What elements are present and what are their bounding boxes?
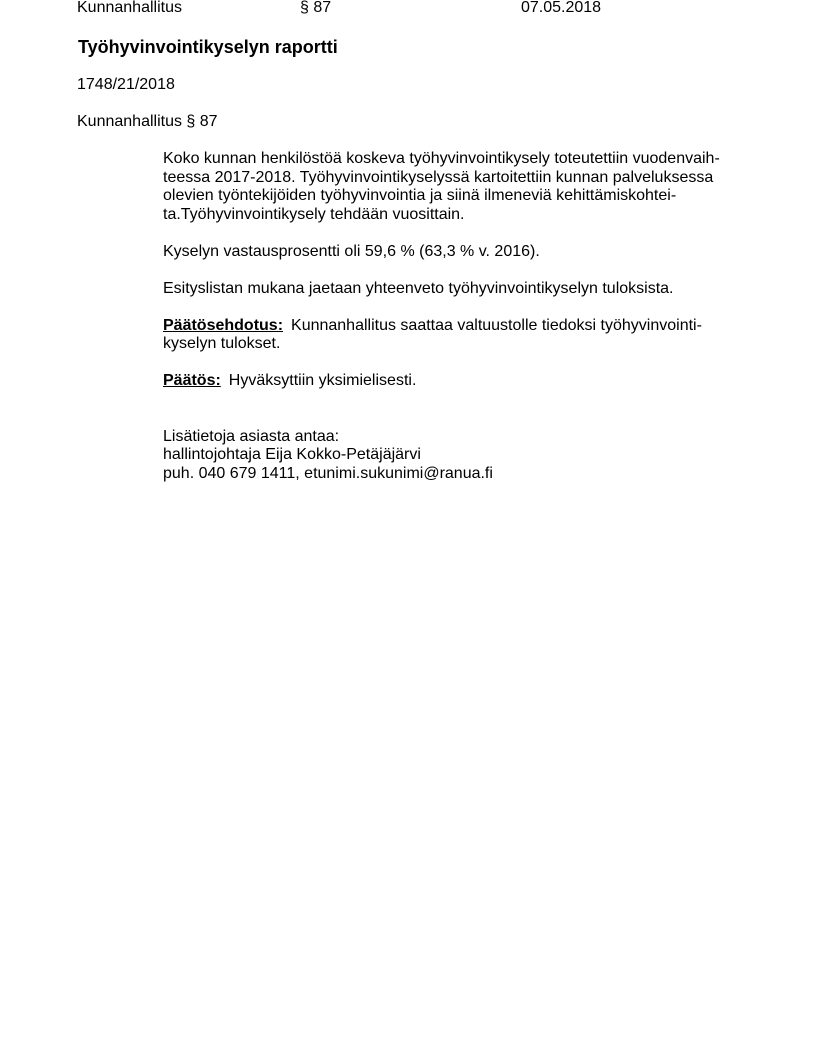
header-date: 07.05.2018: [521, 0, 601, 18]
proposal-paragraph: Päätösehdotus:Kunnanhallitus saattaa val…: [163, 317, 723, 354]
contact-person: hallintojohtaja Eija Kokko-Petäjäjärvi: [163, 446, 723, 465]
proposal-text: Kunnanhallitus saattaa valtuustolle tied…: [291, 317, 702, 334]
proposal-label: Päätösehdotus:: [163, 317, 283, 334]
response-rate-paragraph: Kyselyn vastausprosentti oli 59,6 % (63,…: [163, 243, 723, 262]
proposal-first-line: Päätösehdotus:Kunnanhallitus saattaa val…: [163, 317, 723, 336]
document-title: Työhyvinvointikyselyn raportti: [78, 36, 338, 58]
contact-details: puh. 040 679 1411, etunimi.sukunimi@ranu…: [163, 465, 723, 484]
intro-line: Koko kunnan henkilöstöä koskeva työhyvin…: [163, 150, 723, 169]
intro-line: teessa 2017-2018. Työhyvinvointikyselyss…: [163, 169, 723, 188]
section-reference: Kunnanhallitus § 87: [77, 112, 218, 132]
diary-number: 1748/21/2018: [77, 75, 175, 95]
intro-line: ta.Työhyvinvointikysely tehdään vuositta…: [163, 206, 723, 225]
decision-paragraph: Päätös:Hyväksyttiin yksimielisesti.: [163, 372, 723, 391]
intro-paragraph: Koko kunnan henkilöstöä koskeva työhyvin…: [163, 150, 723, 224]
proposal-text-continued: kyselyn tulokset.: [163, 335, 723, 354]
decision-label: Päätös:: [163, 372, 221, 389]
header-body-name: Kunnanhallitus: [77, 0, 182, 18]
contact-block: Lisätietoja asiasta antaa: hallintojohta…: [163, 428, 723, 484]
header-section-number: § 87: [300, 0, 331, 18]
document-body: Koko kunnan henkilöstöä koskeva työhyvin…: [163, 150, 723, 502]
decision-text: Hyväksyttiin yksimielisesti.: [229, 372, 417, 389]
intro-line: olevien työntekijöiden työhyvinvointia j…: [163, 187, 723, 206]
contact-heading: Lisätietoja asiasta antaa:: [163, 428, 723, 447]
summary-paragraph: Esityslistan mukana jaetaan yhteenveto t…: [163, 280, 723, 299]
